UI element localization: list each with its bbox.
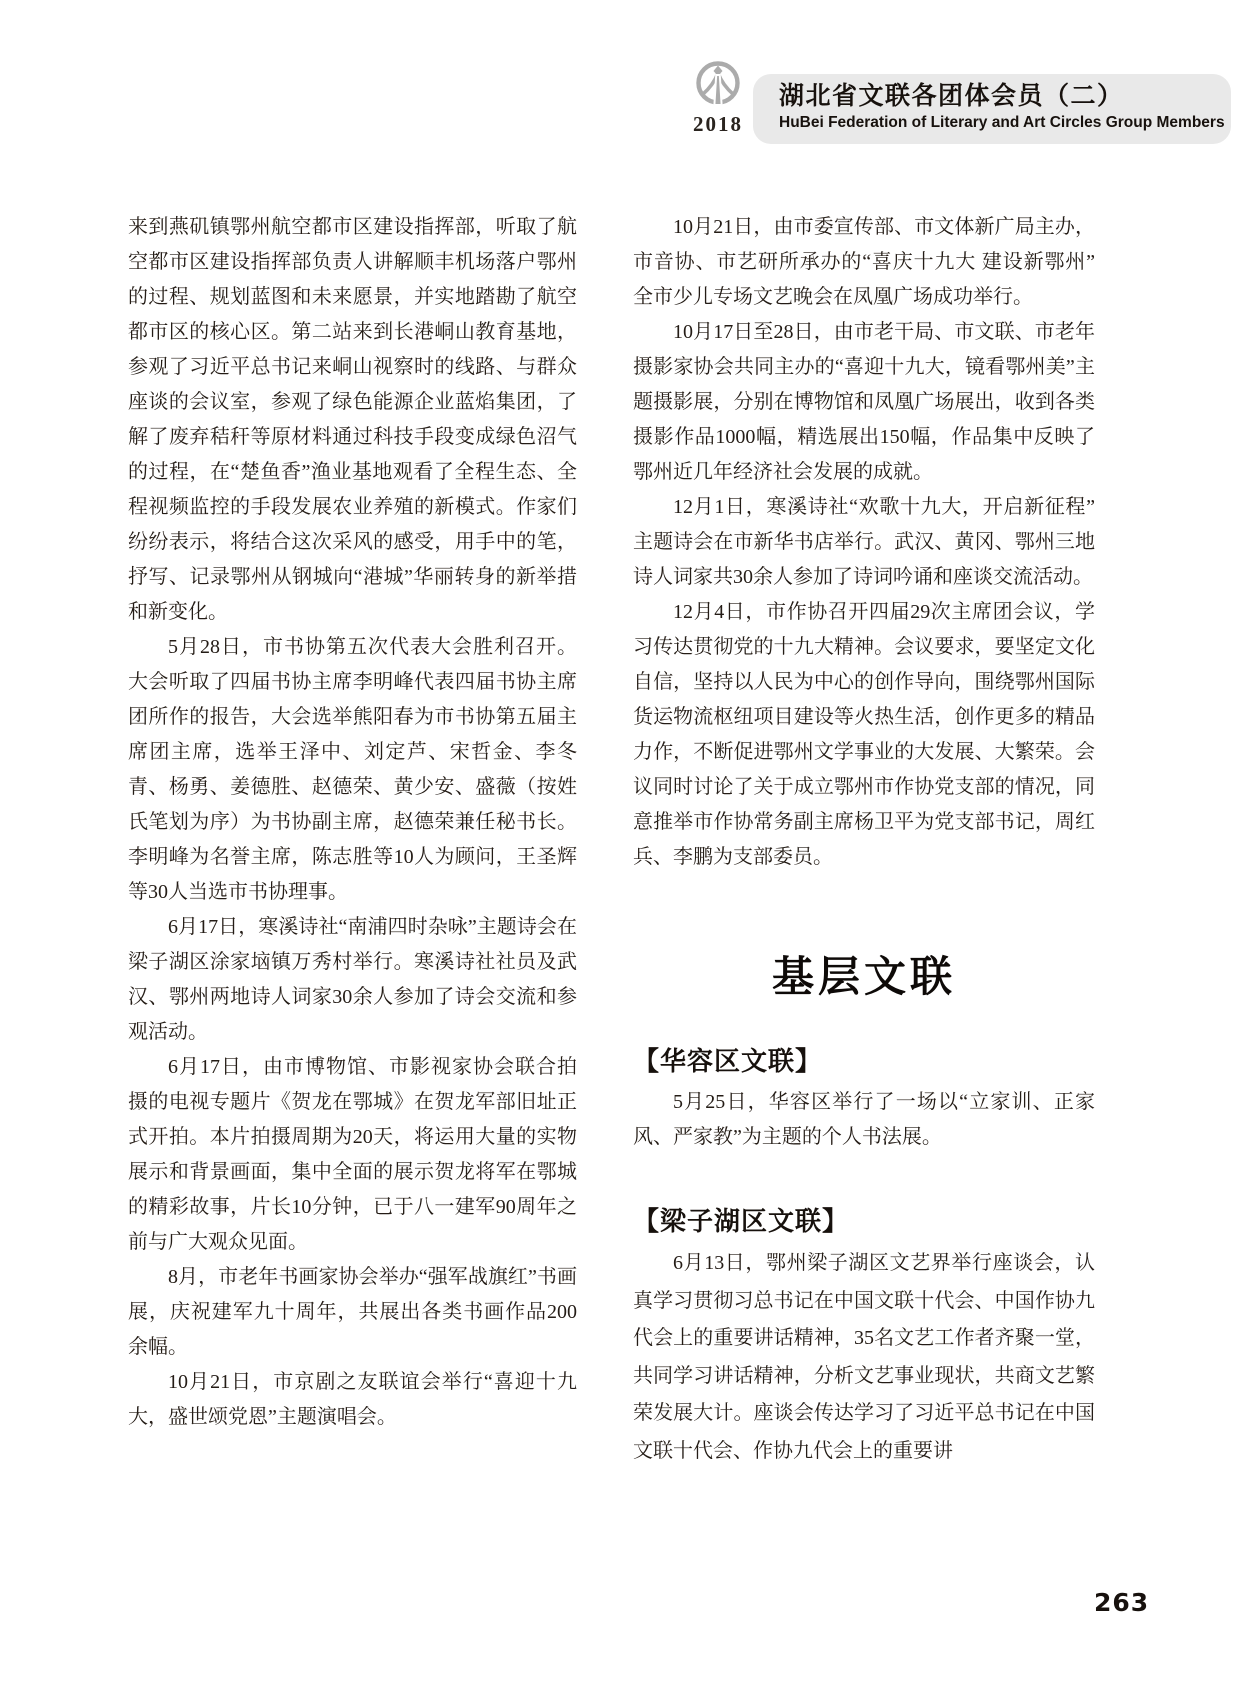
header-title-box: 湖北省文联各团体会员（二） HuBei Federation of Litera… bbox=[753, 74, 1231, 144]
logo-year: 2018 bbox=[678, 112, 758, 137]
page: 2018 湖北省文联各团体会员（二） HuBei Federation of L… bbox=[0, 0, 1241, 1684]
paragraph-continuation: 来到燕矶镇鄂州航空都市区建设指挥部，听取了航空都市区建设指挥部负责人讲解顺丰机场… bbox=[128, 210, 577, 630]
subsection-heading-liangzihu: 【梁子湖区文联】 bbox=[633, 1205, 1095, 1239]
paragraph: 12月1日，寒溪诗社“欢歌十九大，开启新征程”主题诗会在市新华书店举行。武汉、黄… bbox=[633, 490, 1095, 595]
paragraph: 5月25日，华容区举行了一场以“立家训、正家风、严家教”为主题的个人书法展。 bbox=[633, 1085, 1095, 1155]
paragraph: 6月17日，由市博物馆、市影视家协会联合拍摄的电视专题片《贺龙在鄂城》在贺龙军部… bbox=[128, 1050, 577, 1260]
paragraph: 8月，市老年书画家协会举办“强军战旗红”书画展，庆祝建军九十周年，共展出各类书画… bbox=[128, 1260, 577, 1365]
paragraph: 6月13日，鄂州梁子湖区文艺界举行座谈会，认真学习贯彻习总书记在中国文联十代会、… bbox=[633, 1245, 1095, 1470]
paragraph: 12月4日，市作协召开四届29次主席团会议，学习传达贯彻党的十九大精神。会议要求… bbox=[633, 595, 1095, 875]
federation-logo-icon bbox=[694, 60, 742, 110]
left-column: 来到燕矶镇鄂州航空都市区建设指挥部，听取了航空都市区建设指挥部负责人讲解顺丰机场… bbox=[128, 210, 577, 1435]
paragraph: 6月17日，寒溪诗社“南浦四时杂咏”主题诗会在梁子湖区涂家垴镇万秀村举行。寒溪诗… bbox=[128, 910, 577, 1050]
subsection-heading-huarong: 【华容区文联】 bbox=[633, 1045, 1095, 1079]
page-number: 263 bbox=[1094, 1588, 1154, 1617]
section-title: 基层文联 bbox=[633, 951, 1095, 1005]
paragraph: 10月21日，由市委宣传部、市文体新广局主办，市音协、市艺研所承办的“喜庆十九大… bbox=[633, 210, 1095, 315]
page-title-chinese: 湖北省文联各团体会员（二） bbox=[779, 81, 1231, 112]
paragraph: 10月21日，市京剧之友联谊会举行“喜迎十九大，盛世颂党恩”主题演唱会。 bbox=[128, 1365, 577, 1435]
page-title-english: HuBei Federation of Literary and Art Cir… bbox=[779, 113, 1231, 132]
right-column: 10月21日，由市委宣传部、市文体新广局主办，市音协、市艺研所承办的“喜庆十九大… bbox=[633, 210, 1095, 1470]
paragraph: 5月28日，市书协第五次代表大会胜利召开。大会听取了四届书协主席李明峰代表四届书… bbox=[128, 630, 577, 910]
paragraph: 10月17日至28日，由市老干局、市文联、市老年摄影家协会共同主办的“喜迎十九大… bbox=[633, 315, 1095, 490]
logo-block: 2018 bbox=[678, 60, 758, 137]
